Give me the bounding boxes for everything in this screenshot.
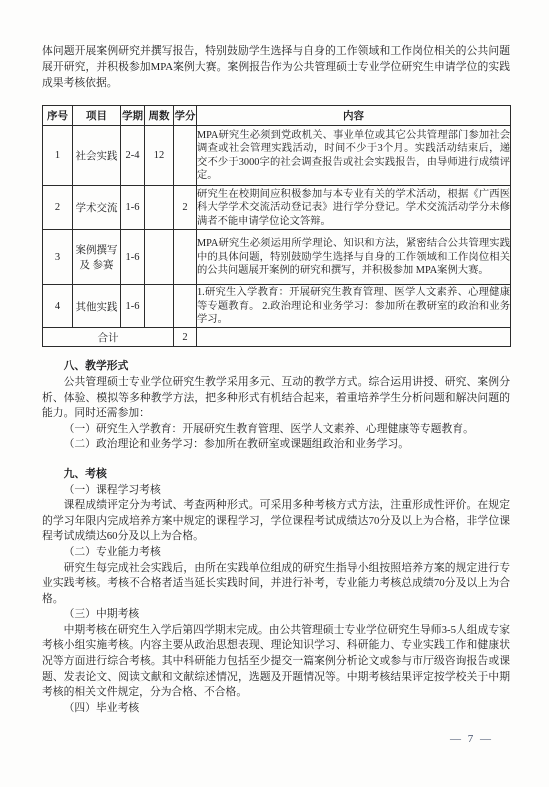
col-header-item: 项目 — [73, 106, 121, 126]
cell-item: 案例撰写及 参赛 — [73, 230, 121, 285]
cell-no: 2 — [43, 186, 73, 230]
document-page: 体问题开展案例研究并撰写报告，特别鼓励学生选择与自身的工作领域和工作岗位相关的公… — [0, 0, 549, 787]
page-number: — 7 — — [450, 733, 493, 745]
cell-weeks — [145, 285, 174, 328]
paragraph: （三）中期考核 — [42, 607, 510, 623]
paragraph: （一）研究生入学教育：开展研究生教育管理、医学人文素养、心理健康等专题教育。 — [42, 422, 510, 438]
table-total-row: 合计 2 — [43, 328, 511, 347]
section-teaching-forms: 八、教学形式 公共管理硕士专业学位研究生教学采用多元、互动的教学方式。综合运用讲… — [42, 359, 510, 453]
cell-term: 1-6 — [121, 285, 145, 328]
cell-content: MPA研究生必须运用所学理论、知识和方法，紧密结合公共管理实践中的具体问题，特别… — [197, 230, 511, 285]
cell-term: 2-4 — [121, 126, 145, 186]
cell-content: 1.研究生入学教育：开展研究生教育管理、医学人文素养、心理健康等专题教育。 2.… — [197, 285, 511, 328]
paragraph: （二）政治理论和业务学习：参加所在教研室或课题组政治和业务学习。 — [42, 437, 510, 453]
cell-credit: 2 — [174, 186, 197, 230]
total-content-cell — [197, 328, 511, 347]
total-credit-cell: 2 — [174, 328, 197, 347]
cell-no: 4 — [43, 285, 73, 328]
col-header-term: 学期 — [121, 106, 145, 126]
section-8-heading: 八、教学形式 — [42, 359, 510, 375]
col-header-no: 序号 — [43, 106, 73, 126]
cell-no: 1 — [43, 126, 73, 186]
col-header-content: 内容 — [197, 106, 511, 126]
table-header-row: 序号 项目 学期 周数 学分 内容 — [43, 106, 511, 126]
cell-credit — [174, 285, 197, 328]
paragraph: （二）专业能力考核 — [42, 545, 510, 561]
paragraph: 公共管理硕士专业学位研究生教学采用多元、互动的教学方式。综合运用讲授、研究、案例… — [42, 375, 510, 422]
paragraph: 研究生每完成社会实践后，由所在实践单位组成的研究生指导小组按照培养方案的规定进行… — [42, 561, 510, 608]
intro-paragraph: 体问题开展案例研究并撰写报告，特别鼓励学生选择与自身的工作领域和工作岗位相关的公… — [42, 44, 510, 91]
table-row: 3 案例撰写及 参赛 1-6 MPA研究生必须运用所学理论、知识和方法，紧密结合… — [43, 230, 511, 285]
cell-term: 1-6 — [121, 186, 145, 230]
paragraph: （一）课程学习考核 — [42, 483, 510, 499]
cell-term: 1-6 — [121, 230, 145, 285]
paragraph: （四）毕业考核 — [42, 701, 510, 717]
paragraph: 中期考核在研究生入学后第四学期末完成。由公共管理硕士专业学位研究生导师3-5人组… — [42, 623, 510, 701]
table-row: 1 社会实践 2-4 12 MPA研究生必须到党政机关、事业单位或其它公共管理部… — [43, 126, 511, 186]
practice-activities-table: 序号 项目 学期 周数 学分 内容 1 社会实践 2-4 12 MPA研究生必须… — [42, 105, 511, 347]
cell-item: 其他实践 — [73, 285, 121, 328]
cell-credit — [174, 230, 197, 285]
cell-item: 社会实践 — [73, 126, 121, 186]
table-row: 4 其他实践 1-6 1.研究生入学教育：开展研究生教育管理、医学人文素养、心理… — [43, 285, 511, 328]
cell-weeks — [145, 186, 174, 230]
cell-weeks — [145, 230, 174, 285]
cell-content: 研究生在校期间应积极参加与本专业有关的学术活动，根据《广西医科大学学术交流活动登… — [197, 186, 511, 230]
paragraph: 课程成绩评定分为考试、考查两种形式。可采用多种考核方式方法，注重形成性评价。在规… — [42, 498, 510, 545]
cell-weeks: 12 — [145, 126, 174, 186]
table-row: 2 学术交流 1-6 2 研究生在校期间应积极参加与本专业有关的学术活动，根据《… — [43, 186, 511, 230]
total-label-cell: 合计 — [43, 328, 174, 347]
section-9-heading: 九、考核 — [42, 467, 510, 483]
cell-no: 3 — [43, 230, 73, 285]
section-assessment: 九、考核 （一）课程学习考核 课程成绩评定分为考试、考查两种形式。可采用多种考核… — [42, 467, 510, 717]
col-header-credit: 学分 — [174, 106, 197, 126]
cell-item: 学术交流 — [73, 186, 121, 230]
cell-credit — [174, 126, 197, 186]
cell-content: MPA研究生必须到党政机关、事业单位或其它公共管理部门参加社会调查或社会管理实践… — [197, 126, 511, 186]
col-header-weeks: 周数 — [145, 106, 174, 126]
